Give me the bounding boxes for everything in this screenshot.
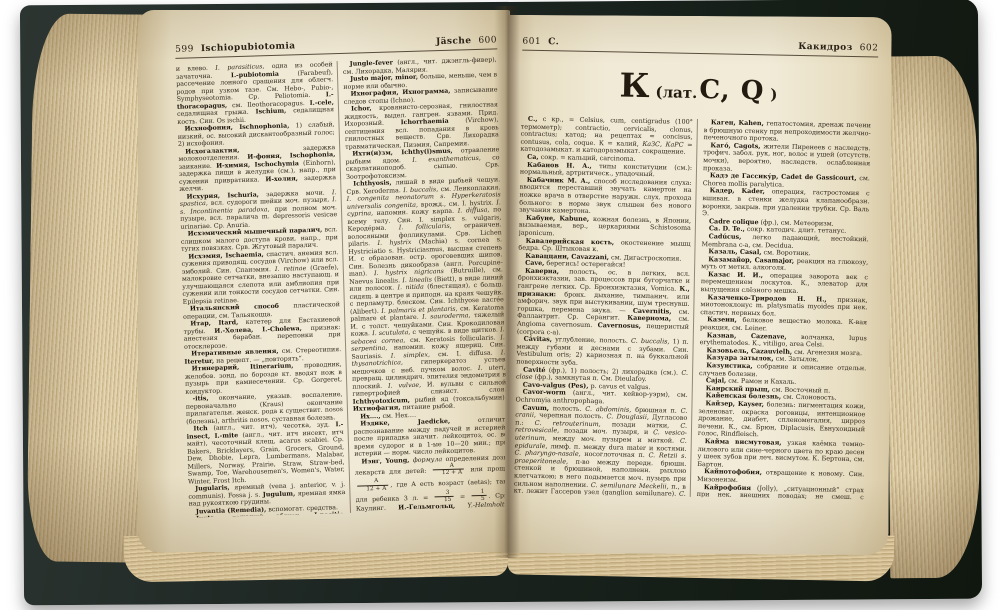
header-right-group: Какидроз602 (798, 42, 878, 55)
running-head-jaesche: Jäsche (436, 36, 472, 47)
fraction: A12 + A (433, 462, 464, 476)
column-number-600: 600 (478, 35, 497, 46)
fraction: A12 + A (357, 478, 388, 492)
dictionary-entry: Итар, Itard, катетер для Евстахиевой тру… (183, 316, 341, 351)
fraction: 315 (435, 490, 454, 504)
left-page: 599Ischiopubiotomia Jäsche600 и влево. I… (138, 10, 510, 552)
running-head-s: С. (548, 37, 559, 47)
dictionary-entry: Ихти(и)зм, Ichthy(i)smus, отравление рыб… (345, 146, 500, 181)
section-title-post: ) (770, 85, 777, 103)
header-right-group: Jäsche600 (436, 35, 497, 48)
text-column-599: и влево. I. parasiticus, одна из особей … (176, 61, 346, 517)
header-left-group: 601С. (522, 37, 559, 49)
right-page: 601С. Какидроз602 К(лат.C, Q) С., с кр.,… (504, 15, 891, 555)
dictionary-entry: Кабачник М. А., способ исследования слух… (519, 176, 692, 217)
column-number-602: 602 (860, 43, 879, 53)
dictionary-entry: Иэнг, Young, формула определения дозы ле… (354, 454, 510, 513)
dictionary-entry: Каго́, Cagots, жители Пиренеев с наследс… (703, 142, 871, 176)
section-title-K: К(лат.C, Q) (521, 67, 878, 114)
dictionary-entry: Каверна, полость, ос. в легких, всл. бро… (517, 267, 690, 339)
right-page-content: 601С. Какидроз602 К(лат.C, Q) С., с кр.,… (514, 37, 879, 501)
text-column-602: Каген, Kahen, гепатостомия, дренаж печен… (690, 119, 871, 500)
dictionary-entry: Кайма висмутовая, узкая каёмка темно-лил… (697, 438, 865, 472)
header-left-group: 599Ischiopubiotomia (175, 41, 296, 56)
running-head-ischiopubiotomia: Ischiopubiotomia (201, 41, 296, 54)
dictionary-entry: Иэдике, Jaedicke, отличит. распознавание… (353, 416, 508, 458)
column-number-601: 601 (522, 37, 541, 47)
fraction: 15 (472, 489, 487, 503)
dictionary-entry: Itch (англ., чит. итч), чесотка, зуд. I.… (186, 421, 345, 486)
left-page-columns: и влево. I. parasiticus, одна из особей … (176, 56, 511, 517)
column-number-599: 599 (175, 44, 194, 55)
left-page-content: 599Ischiopubiotomia Jäsche600 и влево. I… (175, 35, 511, 517)
open-book-photo: 599Ischiopubiotomia Jäsche600 и влево. I… (0, 0, 1000, 610)
right-page-header: 601С. Какидроз602 (522, 37, 878, 55)
dictionary-entry: Cavum, полость. C. abdominis, брюшная п.… (514, 404, 688, 497)
section-title-pre: (лат. (655, 83, 697, 102)
section-letter: К (619, 65, 650, 105)
text-column-601: С., с кр., = Celsius, cum, centigradus (… (514, 116, 693, 497)
dictionary-entry: Исхурия, Ischuria, задержка мочи. I. spa… (179, 189, 337, 231)
text-column-600: Jungle-fever (англ., чит. джэнгль-фивер)… (337, 56, 510, 513)
dictionary-entry: Кайрофобия (Jolly), „ситуационный“ страх… (696, 484, 864, 501)
dictionary-entry: и влево. I. parasiticus, одна из особей … (176, 61, 335, 126)
right-page-columns: С., с кр., = Celsius, cum, centigradus (… (514, 116, 877, 501)
section-title-latin: C, Q (699, 75, 765, 106)
right-fore-edge (886, 56, 981, 579)
dictionary-entry: Кайзер, Kayser, болезнь: пигментация кож… (698, 400, 866, 441)
dictionary-entry: С., с кр., = Celsius, cum, centigradus (… (520, 116, 693, 157)
dictionary-entry: Итинерарий, Itinerarium, проводник, жело… (185, 361, 343, 396)
dictionary-entry: Кадер, Kader, операция, гастростомия с в… (702, 187, 870, 221)
dictionary-entry: Cávitas, углубление, полость. C. buccali… (516, 336, 689, 370)
dictionary-entry: Исхэмия, Ischaemia, спастич. анемия всл.… (181, 249, 339, 306)
dictionary-entry: Ichor, кровянисто-серозная, гнилостная ж… (344, 101, 499, 151)
dictionary-entry: -itis, окончание, указыв. воспаление, пе… (185, 391, 343, 426)
running-head-kakidroz: Какидроз (798, 42, 853, 53)
dictionary-entry: Ichthyosis, лишай в виде рыбьей чешуи. С… (346, 176, 507, 413)
dictionary-entry: Исхогалактия, задержка молокоотделения. … (178, 144, 336, 194)
